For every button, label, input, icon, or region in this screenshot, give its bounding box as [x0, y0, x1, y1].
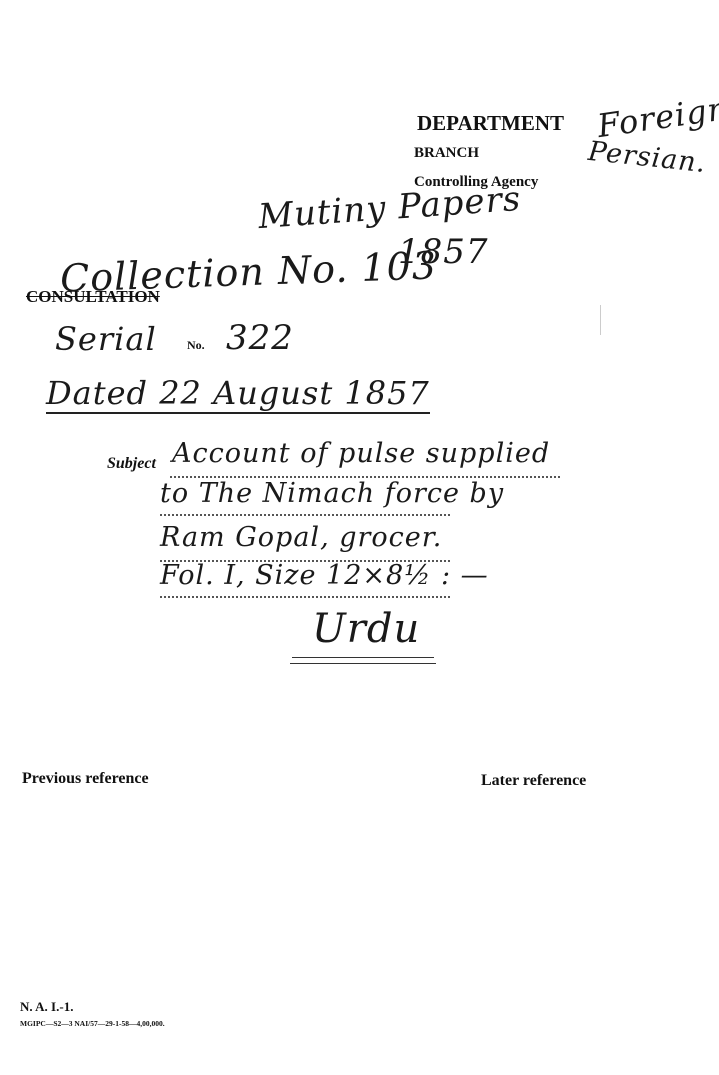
underline	[292, 657, 434, 658]
subject-dotted-line	[160, 514, 450, 516]
mutiny-papers-annotation: Mutiny Papers	[257, 179, 523, 237]
consultation-label: CONSULTATION	[26, 287, 160, 307]
underline	[290, 663, 436, 664]
subject-line-2: to The Nimach force by	[160, 478, 504, 509]
form-code: N. A. I.-1.	[20, 999, 73, 1015]
department-label: DEPARTMENT	[417, 111, 564, 136]
serial-number: 322	[226, 318, 294, 358]
subject-dotted-line	[160, 596, 450, 598]
later-reference-label: Later reference	[481, 772, 586, 790]
serial-word: Serial	[55, 320, 157, 358]
language-annotation: Urdu	[312, 606, 420, 652]
subject-line-4: Fol. I, Size 12×8½ : —	[160, 560, 489, 591]
subject-line-3: Ram Gopal, grocer.	[160, 522, 442, 553]
printer-imprint: MGIPC—S2—3 NAI/57—29-1-58—4,00,000.	[20, 1019, 165, 1028]
subject-line-1: Account of pulse supplied	[172, 438, 550, 469]
subject-label: Subject	[107, 455, 156, 473]
branch-label: BRANCH	[414, 145, 479, 162]
previous-reference-label: Previous reference	[22, 770, 149, 788]
department-value: Foreign	[595, 89, 719, 145]
dated-field: Dated 22 August 1857	[46, 374, 430, 414]
serial-no-label: No.	[187, 338, 205, 353]
branch-value: Persian.	[587, 136, 708, 179]
paper-mark	[600, 305, 601, 335]
